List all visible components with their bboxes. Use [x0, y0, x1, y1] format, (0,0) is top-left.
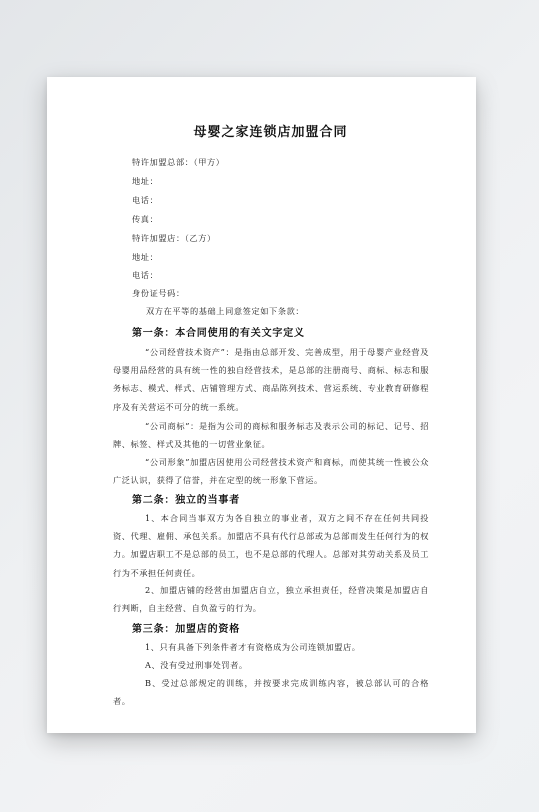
- section-1-heading: 第一条：本合同使用的有关文字定义: [132, 324, 305, 339]
- section-3-paragraph: 1、只有具备下列条件者才有资格成为公司连锁加盟店。: [113, 638, 429, 656]
- party-a-address: 地址：: [132, 176, 158, 187]
- section-3-paragraph: A、没有受过刑事处罚者。: [113, 656, 429, 674]
- party-b-phone: 电话：: [132, 270, 158, 281]
- section-2-paragraph: 1、本合同当事双方为各自独立的事业者，双方之间不存在任何共同投资、代理、雇佣、承…: [113, 509, 429, 582]
- section-1-paragraph: “公司经营技术资产”：是指由总部开发、完善成型，用于母婴产业经营及母婴用品经营的…: [113, 343, 429, 416]
- party-a-fax: 传真：: [132, 214, 158, 225]
- section-2-heading: 第二条：独立的当事者: [132, 491, 240, 506]
- party-b-address: 地址：: [132, 252, 158, 263]
- document-page: 母婴之家连锁店加盟合同 特许加盟总部：（甲方） 地址： 电话： 传真： 特许加盟…: [47, 77, 476, 733]
- section-2-paragraph: 2、加盟店铺的经营由加盟店自立，独立承担责任，经营决策是加盟店自行判断，自主经营…: [113, 581, 429, 617]
- party-b-label: 特许加盟店：（乙方）: [132, 233, 216, 244]
- party-a-label: 特许加盟总部：（甲方）: [132, 157, 225, 168]
- document-title: 母婴之家连锁店加盟合同: [113, 121, 428, 140]
- section-3-paragraph: B、受过总部规定的训练，并按要求完成训练内容，被总部认可的合格者。: [113, 674, 429, 710]
- party-b-id-number: 身份证号码：: [132, 288, 185, 299]
- section-1-paragraph: “公司形象”加盟店因使用公司经营技术资产和商标，而使其统一性被公众广泛认识，获得…: [113, 453, 429, 489]
- party-a-phone: 电话：: [132, 195, 158, 206]
- agreement-intro: 双方在平等的基础上同意签定如下条款：: [146, 306, 304, 317]
- section-1-paragraph: “公司商标”：是指为公司的商标和服务标志及表示公司的标记、记号、招牌、标签、样式…: [113, 417, 429, 453]
- section-3-heading: 第三条：加盟店的资格: [132, 620, 240, 635]
